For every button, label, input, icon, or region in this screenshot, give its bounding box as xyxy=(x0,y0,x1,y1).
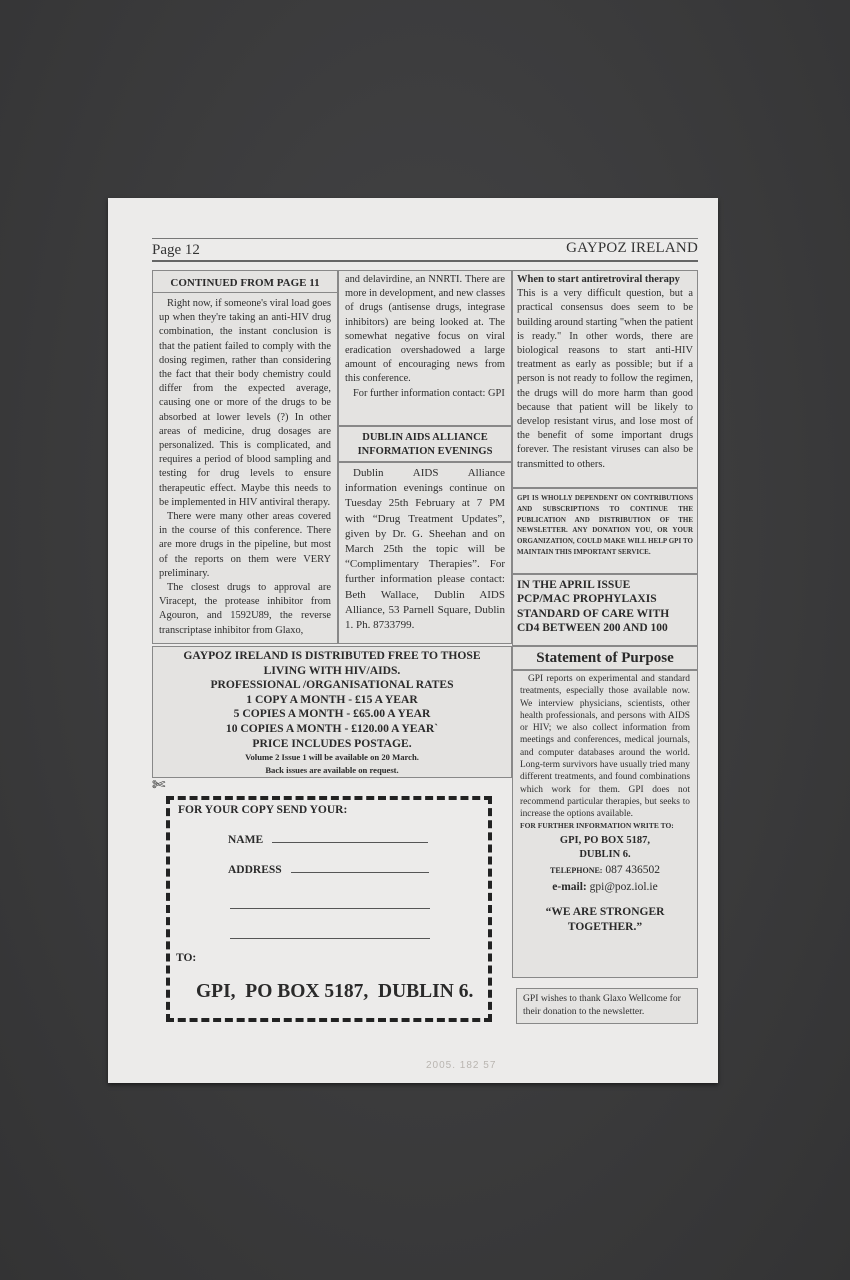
purpose-body: GPI reports on experimental and standard… xyxy=(520,673,690,821)
page-number: Page 12 xyxy=(152,242,200,259)
newsletter-page: Page 12 GAYPOZ IRELAND CONTINUED FROM PA… xyxy=(108,198,718,1083)
distribution-line: PRICE INCLUDES POSTAGE. xyxy=(153,737,511,752)
purpose-address-line1: GPI, PO BOX 5187, xyxy=(520,833,690,848)
purpose-box: GPI reports on experimental and standard… xyxy=(512,670,698,978)
header-top-rule xyxy=(152,238,698,239)
distribution-line: PROFESSIONAL /ORGANISATIONAL RATES xyxy=(153,678,511,693)
address-field-line2[interactable] xyxy=(230,908,430,909)
slogan-line2: TOGETHER.” xyxy=(520,920,690,935)
april-issue-line: PCP/MAC PROPHYLAXIS xyxy=(517,592,693,606)
write-to-label: FOR FURTHER INFORMATION WRITE TO: xyxy=(520,821,690,831)
address-label: ADDRESS xyxy=(228,864,282,876)
telephone-label: TELEPHONE: xyxy=(550,866,602,875)
purpose-address-line2: DUBLIN 6. xyxy=(520,848,690,862)
header-bottom-rule xyxy=(152,260,698,262)
volume-note: Volume 2 Issue 1 will be available on 20… xyxy=(153,751,511,764)
name-row: NAME xyxy=(228,834,428,846)
rate-line: 10 COPIES A MONTH - £120.00 A YEAR` xyxy=(153,722,511,737)
therapy-body: This is a very difficult question, but a… xyxy=(517,287,693,472)
dublin-alliance-body: Dublin AIDS Alliance information evening… xyxy=(345,466,505,633)
contact-line: For further information contact: GPI xyxy=(345,387,505,401)
coupon-mailing-address: GPI, PO BOX 5187, DUBLIN 6. xyxy=(196,981,473,1003)
distribution-line: GAYPOZ IRELAND IS DISTRIBUTED FREE TO TH… xyxy=(153,649,511,664)
address-field-line1[interactable] xyxy=(291,872,429,873)
dublin-alliance-article: Dublin AIDS Alliance information evening… xyxy=(338,462,512,644)
address-field-line3[interactable] xyxy=(230,938,430,939)
thanks-box: GPI wishes to thank Glaxo Wellcome for t… xyxy=(516,988,698,1024)
article-paragraph: The closest drugs to approval are Virace… xyxy=(159,581,331,638)
april-issue-box: IN THE APRIL ISSUE PCP/MAC PROPHYLAXIS S… xyxy=(512,574,698,646)
continued-heading: CONTINUED FROM PAGE 11 xyxy=(153,276,337,290)
april-issue-line: STANDARD OF CARE WITH xyxy=(517,607,693,621)
dependent-notice-box: GPI IS WHOLLY DEPENDENT ON CONTRIBUTIONS… xyxy=(512,488,698,574)
distribution-line: LIVING WITH HIV/AIDS. xyxy=(153,664,511,679)
dependent-notice: GPI IS WHOLLY DEPENDENT ON CONTRIBUTIONS… xyxy=(517,493,693,558)
april-issue-line: IN THE APRIL ISSUE xyxy=(517,578,693,592)
continued-article-part2: and delavirdine, an NNRTI. There are mor… xyxy=(338,270,512,426)
publication-title: GAYPOZ IRELAND xyxy=(566,240,698,257)
continued-article: Right now, if someone's viral load goes … xyxy=(152,292,338,644)
email-address[interactable]: gpi@poz.iol.ie xyxy=(590,881,658,893)
address-row: ADDRESS xyxy=(228,864,429,876)
article-paragraph: Right now, if someone's viral load goes … xyxy=(159,297,331,510)
archive-stamp: 2005. 182 57 xyxy=(426,1060,496,1071)
purpose-heading-box: Statement of Purpose xyxy=(512,646,698,670)
telephone-number: 087 436502 xyxy=(605,864,660,876)
article-continuation: and delavirdine, an NNRTI. There are mor… xyxy=(345,273,505,387)
scissors-icon: ✄ xyxy=(152,778,165,794)
article-paragraph: There were many other areas covered in t… xyxy=(159,510,331,581)
distribution-rates-box: GAYPOZ IRELAND IS DISTRIBUTED FREE TO TH… xyxy=(152,646,512,778)
therapy-article: When to start antiretroviral therapy Thi… xyxy=(512,270,698,488)
email-row: e-mail: gpi@poz.iol.ie xyxy=(520,879,690,895)
therapy-heading: When to start antiretroviral therapy xyxy=(517,273,693,287)
name-field[interactable] xyxy=(272,842,428,843)
thanks-text: GPI wishes to thank Glaxo Wellcome for t… xyxy=(523,992,691,1018)
slogan-line1: “WE ARE STRONGER xyxy=(520,905,690,920)
purpose-heading: Statement of Purpose xyxy=(513,647,697,669)
coupon-heading: FOR YOUR COPY SEND YOUR: xyxy=(178,804,347,816)
rate-line: 5 COPIES A MONTH - £65.00 A YEAR xyxy=(153,707,511,722)
telephone-row: TELEPHONE: 087 436502 xyxy=(520,862,690,879)
dublin-alliance-heading-box: DUBLIN AIDS ALLIANCE INFORMATION EVENING… xyxy=(338,426,512,462)
dublin-alliance-heading-line2: INFORMATION EVENINGS xyxy=(339,445,511,459)
to-label: TO: xyxy=(176,952,196,964)
email-label: e-mail: xyxy=(552,881,586,893)
rate-line: 1 COPY A MONTH - £15 A YEAR xyxy=(153,693,511,708)
name-label: NAME xyxy=(228,834,263,846)
back-issues-note: Back issues are available on request. xyxy=(153,764,511,776)
dublin-alliance-heading-line1: DUBLIN AIDS ALLIANCE xyxy=(339,431,511,445)
april-issue-line: CD4 BETWEEN 200 AND 100 xyxy=(517,621,693,635)
